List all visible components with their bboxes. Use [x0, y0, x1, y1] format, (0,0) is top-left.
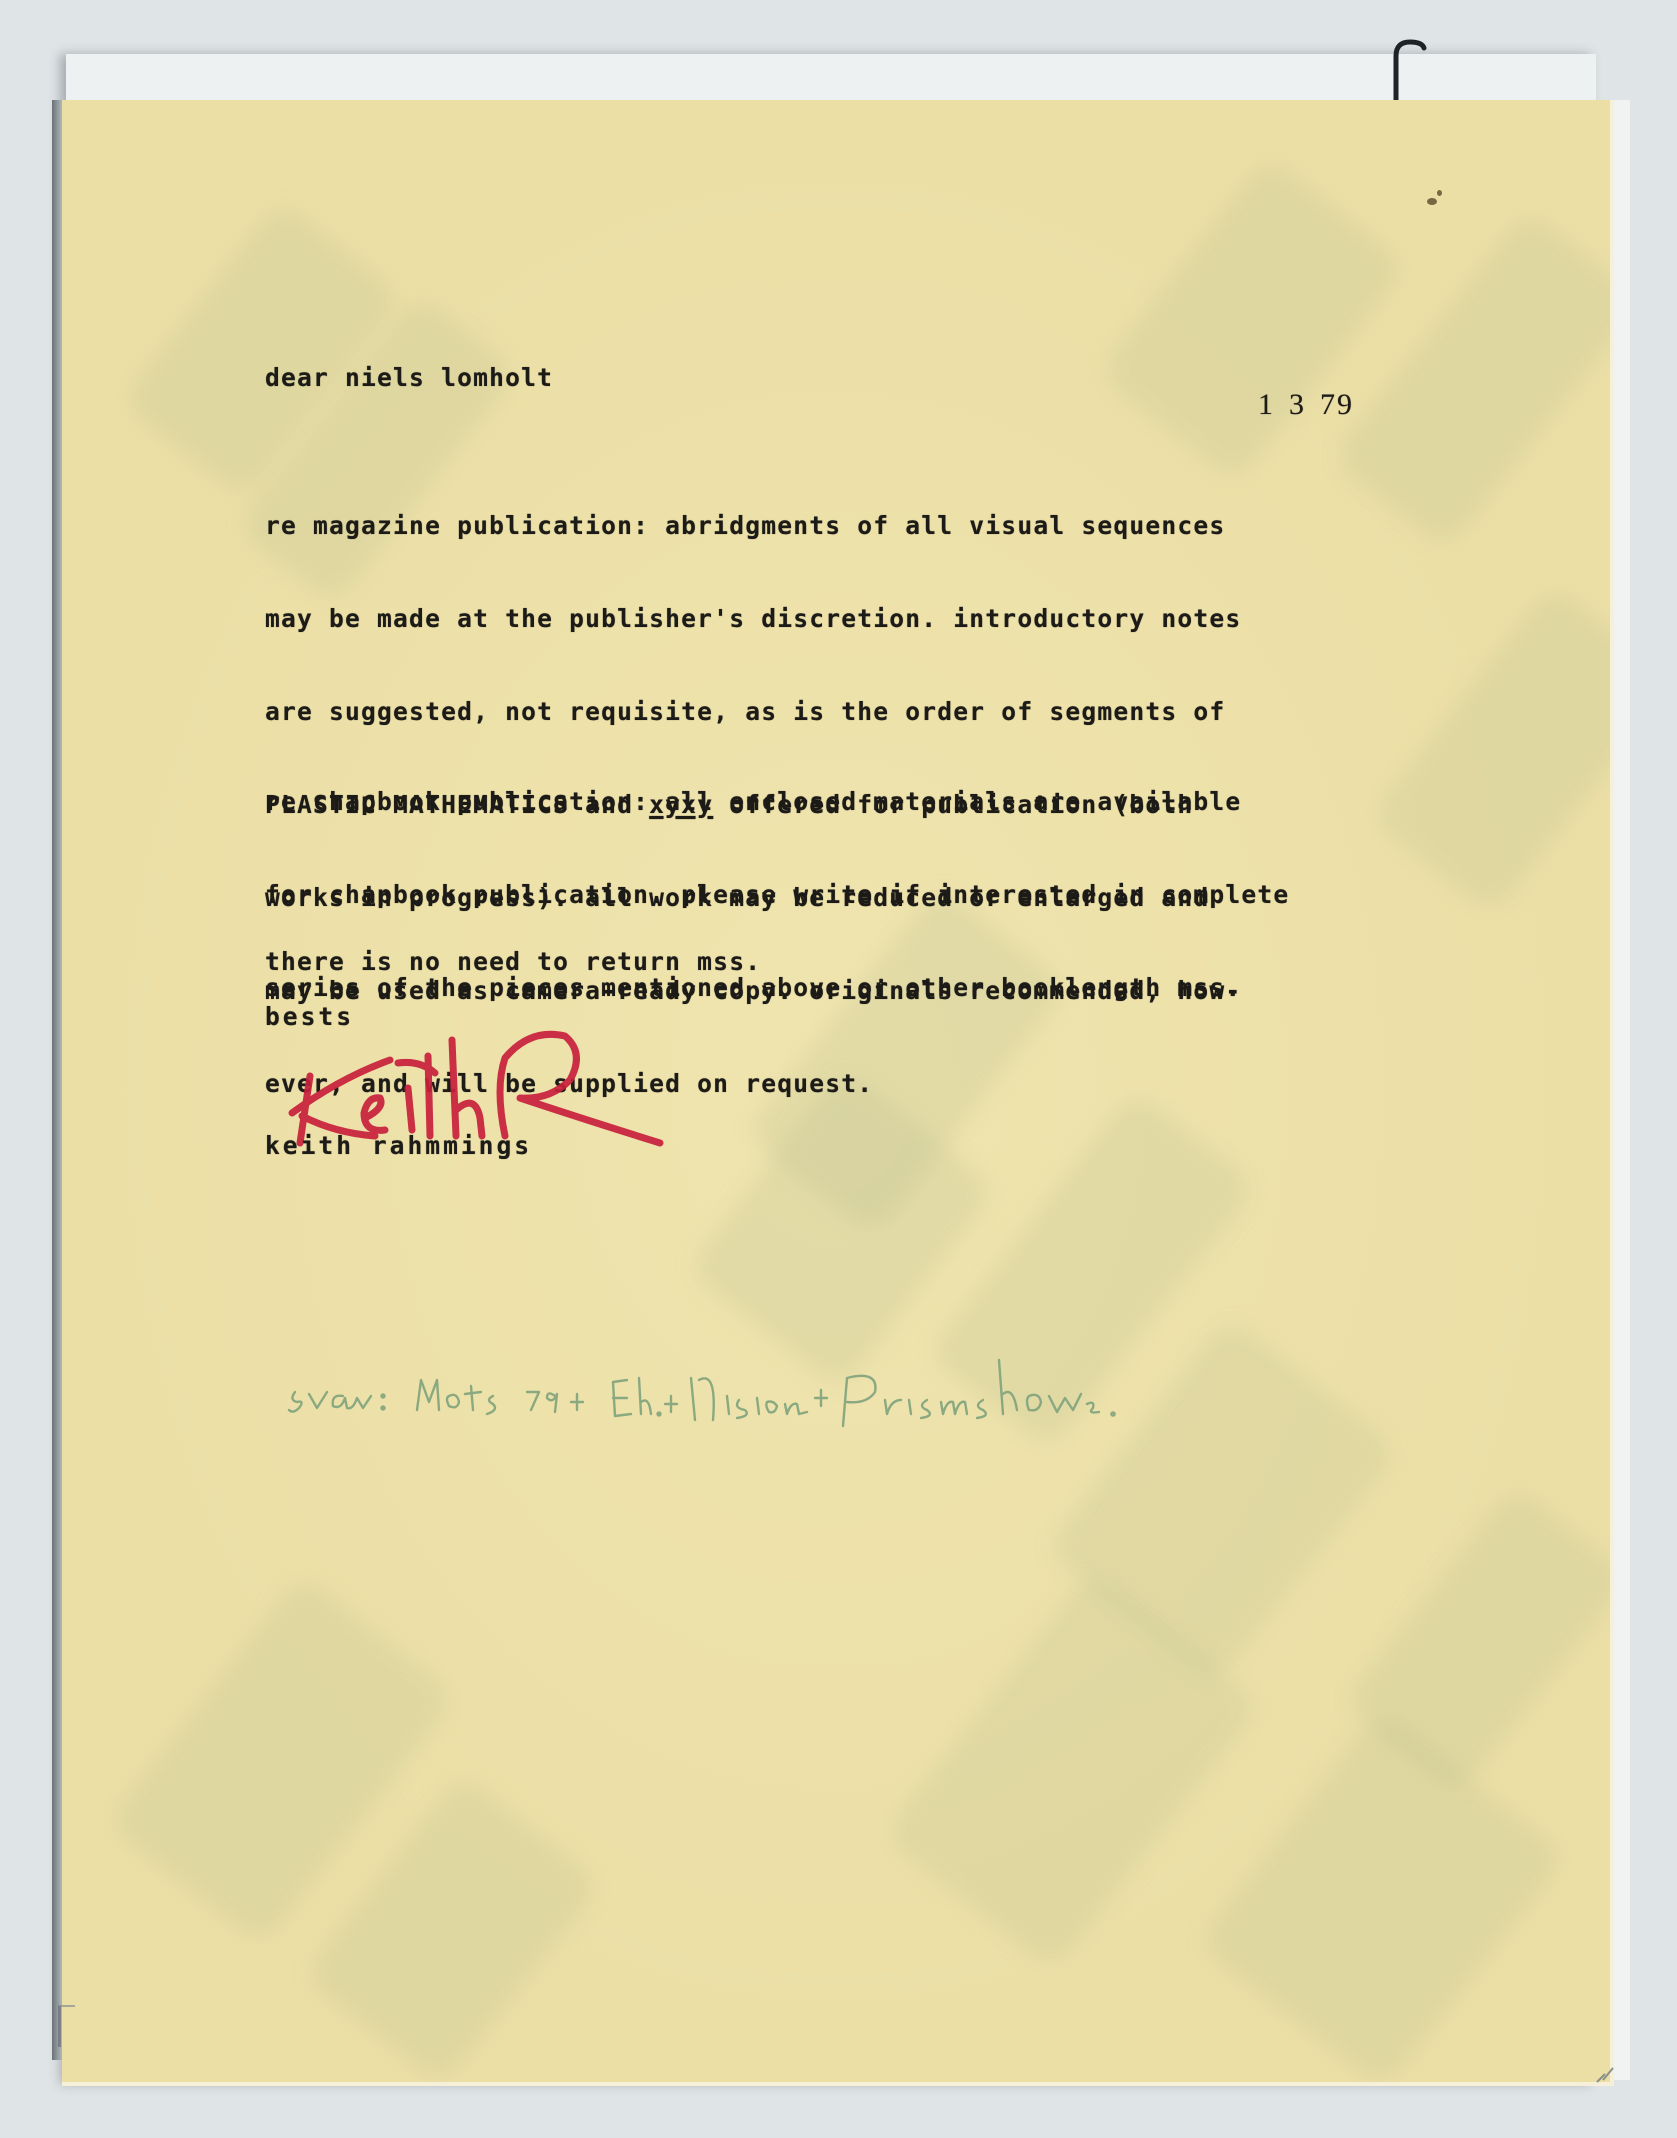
letter-sheet: dear niels lomholt 1379 re magazine publ… [62, 100, 1614, 2086]
text-line: are suggested, not requisite, as is the … [265, 696, 1241, 727]
letter-date: 1379 [1220, 358, 1354, 451]
paper-corner-fold [58, 2005, 75, 2047]
corner-pencil-mark [1595, 2062, 1617, 2084]
handwritten-pencil-note [287, 1330, 1187, 1430]
show-through-mark [1367, 583, 1614, 918]
text-line: may be made at the publisher's discretio… [265, 603, 1241, 634]
show-through-mark [1195, 1708, 1569, 2086]
text-line: re chapbook publication: all enclosed ma… [265, 786, 1289, 817]
date-day: 1 [1258, 388, 1275, 421]
salutation: dear niels lomholt [265, 362, 553, 393]
paper-speck [1437, 190, 1442, 196]
date-month: 3 [1289, 388, 1306, 421]
paper-speck [1427, 198, 1437, 205]
text-line: there is no need to return mss. [265, 946, 761, 977]
paper-clip-icon [1390, 38, 1430, 102]
text-line: re magazine publication: abridgments of … [265, 510, 1241, 541]
typed-signature-name: keith rahmmings [265, 1130, 532, 1161]
date-year: 79 [1320, 388, 1354, 421]
